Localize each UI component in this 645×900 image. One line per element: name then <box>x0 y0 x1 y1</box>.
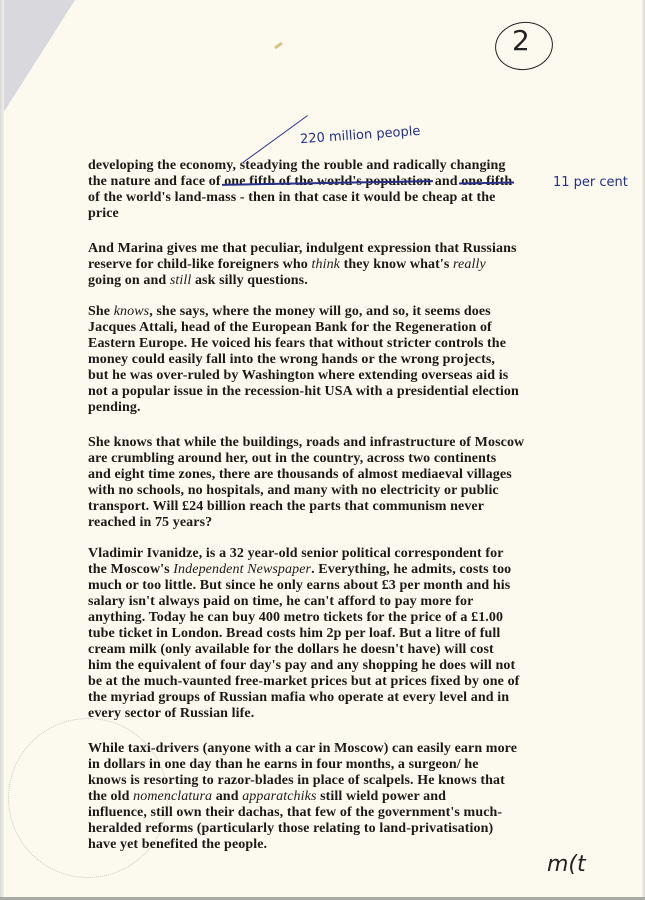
paragraph-p3: She knows, she says, where the money wil… <box>88 304 519 416</box>
text-line: transport. Will £24 billion reach the pa… <box>88 499 524 515</box>
text-run: much or too little. But since he only ea… <box>88 578 510 593</box>
text-run: be at the much-vaunted free-market price… <box>88 674 519 689</box>
paragraph-p6: While taxi-drivers (anyone with a car in… <box>88 741 517 853</box>
text-run: the Moscow's <box>88 562 173 577</box>
text-line: She knows that while the buildings, road… <box>88 435 524 451</box>
paragraph-p5: Vladimir Ivanidze, is a 32 year-old seni… <box>88 546 519 722</box>
text-line: every sector of Russian life. <box>88 706 519 722</box>
text-line: pending. <box>88 400 519 416</box>
handwritten-insert-population: 220 million people <box>300 124 421 147</box>
text-line: tube ticket in London. Bread costs him 2… <box>88 626 519 642</box>
struck-through-text: one fifth <box>461 174 512 189</box>
text-line: reserve for child-like foreigners who th… <box>88 257 517 273</box>
italic-text: nomenclatura <box>133 789 212 804</box>
text-run: the myriad groups of Russian mafia who o… <box>88 690 509 705</box>
text-run: developing the economy, steadying the ro… <box>88 158 506 173</box>
text-line: anything. Today he can buy 400 metro tic… <box>88 610 519 626</box>
text-run: She knows that while the buildings, road… <box>88 435 524 450</box>
text-run: with no schools, no hospitals, and many … <box>88 483 499 498</box>
text-run: And Marina gives me that peculiar, indul… <box>88 241 517 256</box>
text-run: , she says, where the money will go, and… <box>149 304 491 319</box>
text-line: the nature and face of one fifth of the … <box>88 174 512 190</box>
text-run: every sector of Russian life. <box>88 706 254 721</box>
text-run: Eastern Europe. He voiced his fears that… <box>88 336 506 351</box>
text-line: of the world's land-mass - then in that … <box>88 190 512 206</box>
text-run: money could easily fall into the wrong h… <box>88 352 495 367</box>
text-run: reached in 75 years? <box>88 515 212 530</box>
text-run: ask silly questions. <box>191 273 307 288</box>
text-line: have yet benefited the people. <box>88 837 517 853</box>
text-run: going on and <box>88 273 170 288</box>
page-number-annotation: 2 <box>512 24 530 57</box>
text-run: and <box>212 789 242 804</box>
text-run: Vladimir Ivanidze, is a 32 year-old seni… <box>88 546 504 561</box>
text-run: they know what's <box>340 257 453 272</box>
text-run: of the world's land-mass - then in that … <box>88 190 495 205</box>
text-run: him the equivalent of four day's pay and… <box>88 658 515 673</box>
text-line: the myriad groups of Russian mafia who o… <box>88 690 519 706</box>
struck-through-text: one fifth of the world's population <box>224 174 431 189</box>
text-run: pending. <box>88 400 141 415</box>
text-line: developing the economy, steadying the ro… <box>88 158 512 174</box>
text-line: not a popular issue in the recession-hit… <box>88 384 519 400</box>
text-run: but he was over-ruled by Washington wher… <box>88 368 508 383</box>
text-line: in dollars in one day than he earns in f… <box>88 757 517 773</box>
text-run: knows is resorting to razor-blades in pl… <box>88 773 505 788</box>
text-run: While taxi-drivers (anyone with a car in… <box>88 741 517 756</box>
text-line: Eastern Europe. He voiced his fears that… <box>88 336 519 352</box>
text-line: the Moscow's Independent Newspaper. Ever… <box>88 562 519 578</box>
italic-text: knows <box>114 304 150 319</box>
text-run: have yet benefited the people. <box>88 837 267 852</box>
text-line: And Marina gives me that peculiar, indul… <box>88 241 517 257</box>
text-run: heralded reforms (particularly those rel… <box>88 821 493 836</box>
text-run: still wield power and <box>317 789 447 804</box>
text-line: be at the much-vaunted free-market price… <box>88 674 519 690</box>
italic-text: Independent Newspaper <box>173 562 311 577</box>
insertion-stroke <box>243 115 308 163</box>
text-run: and <box>431 174 461 189</box>
text-line: reached in 75 years? <box>88 515 524 531</box>
text-run: Jacques Attali, head of the European Ban… <box>88 320 492 335</box>
paragraph-p4: She knows that while the buildings, road… <box>88 435 524 531</box>
text-line: Jacques Attali, head of the European Ban… <box>88 320 519 336</box>
text-run: in dollars in one day than he earns in f… <box>88 757 479 772</box>
text-run: price <box>88 206 119 221</box>
text-line: the old nomenclatura and apparatchiks st… <box>88 789 517 805</box>
text-line: knows is resorting to razor-blades in pl… <box>88 773 517 789</box>
text-run: anything. Today he can buy 400 metro tic… <box>88 610 503 625</box>
text-line: are crumbling around her, out in the cou… <box>88 451 524 467</box>
text-run: not a popular issue in the recession-hit… <box>88 384 519 399</box>
left-page-edge <box>0 0 4 900</box>
text-line: She knows, she says, where the money wil… <box>88 304 519 320</box>
text-line: While taxi-drivers (anyone with a car in… <box>88 741 517 757</box>
text-line: Vladimir Ivanidze, is a 32 year-old seni… <box>88 546 519 562</box>
text-run: the old <box>88 789 133 804</box>
text-line: and eight time zones, there are thousand… <box>88 467 524 483</box>
text-line: much or too little. But since he only ea… <box>88 578 519 594</box>
text-run: and eight time zones, there are thousand… <box>88 467 512 482</box>
italic-text: think <box>311 257 340 272</box>
paragraph-p1: developing the economy, steadying the ro… <box>88 158 512 222</box>
text-run: cream milk (only available for the dolla… <box>88 642 494 657</box>
text-line: influence, still own their dachas, that … <box>88 805 517 821</box>
text-run: reserve for child-like foreigners who <box>88 257 311 272</box>
text-line: price <box>88 206 512 222</box>
text-run: transport. Will £24 billion reach the pa… <box>88 499 484 514</box>
text-line: heralded reforms (particularly those rel… <box>88 821 517 837</box>
text-run: the nature and face of <box>88 174 224 189</box>
text-run: . Everything, he admits, costs too <box>311 562 511 577</box>
text-line: but he was over-ruled by Washington wher… <box>88 368 519 384</box>
italic-text: still <box>170 273 192 288</box>
text-line: salary isn't always paid on time, he can… <box>88 594 519 610</box>
text-run: tube ticket in London. Bread costs him 2… <box>88 626 500 641</box>
initials-annotation: m(t <box>547 852 586 877</box>
text-run: She <box>88 304 114 319</box>
text-run: influence, still own their dachas, that … <box>88 805 502 820</box>
document-page: 2 220 million people 11 per cent develop… <box>0 0 645 900</box>
handwritten-insert-landmass: 11 per cent <box>553 175 628 190</box>
ink-mark <box>274 42 283 50</box>
text-line: him the equivalent of four day's pay and… <box>88 658 519 674</box>
text-line: going on and still ask silly questions. <box>88 273 517 289</box>
text-run: salary isn't always paid on time, he can… <box>88 594 473 609</box>
text-line: cream milk (only available for the dolla… <box>88 642 519 658</box>
italic-text: apparatchiks <box>242 789 316 804</box>
italic-text: really <box>453 257 486 272</box>
folded-corner <box>0 0 75 118</box>
paragraph-p2: And Marina gives me that peculiar, indul… <box>88 241 517 289</box>
text-run: are crumbling around her, out in the cou… <box>88 451 496 466</box>
text-line: with no schools, no hospitals, and many … <box>88 483 524 499</box>
text-line: money could easily fall into the wrong h… <box>88 352 519 368</box>
